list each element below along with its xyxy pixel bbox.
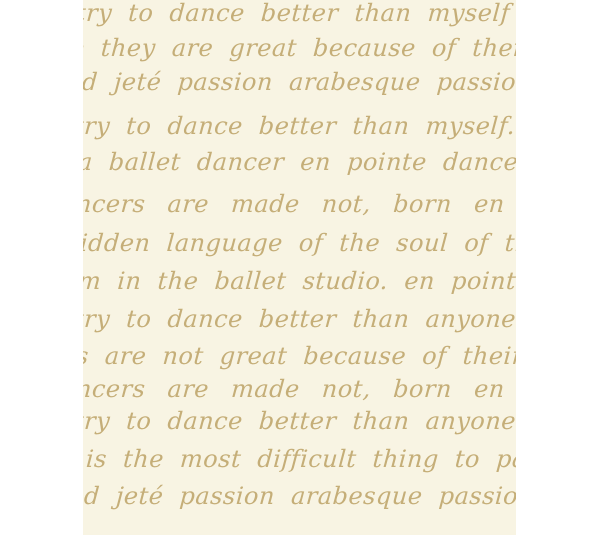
wallpaper-product-image: try to dance better than myself i d e th… <box>0 0 600 535</box>
script-line-4: try to dance better than myself. i d <box>83 111 516 141</box>
wallpaper-swatch: try to dance better than myself i d e th… <box>83 0 516 535</box>
script-line-10: s are not great because of their <box>83 341 516 371</box>
script-line-5: a ballet dancer en pointe dance su <box>83 147 516 177</box>
script-line-8: m in the ballet studio. en pointe <box>83 266 516 296</box>
script-line-12: try to dance better than anyone else <box>83 406 516 436</box>
script-line-9: try to dance better than anyone else <box>83 304 516 334</box>
script-line-6: ncers are made not, born en po <box>83 189 516 219</box>
script-line-2: e they are great because of their gre <box>83 33 516 63</box>
script-line-7: hidden language of the soul of the body.… <box>83 228 516 258</box>
script-line-3: nd jeté passion arabesque passion b <box>83 67 516 97</box>
script-line-13: is the most difficult thing to pa <box>85 444 516 474</box>
script-line-14: nd jeté passion arabesque passion b <box>83 481 516 511</box>
script-line-11: ncers are made not, born en po <box>83 374 516 404</box>
script-line-1: try to dance better than myself i d <box>83 0 516 28</box>
